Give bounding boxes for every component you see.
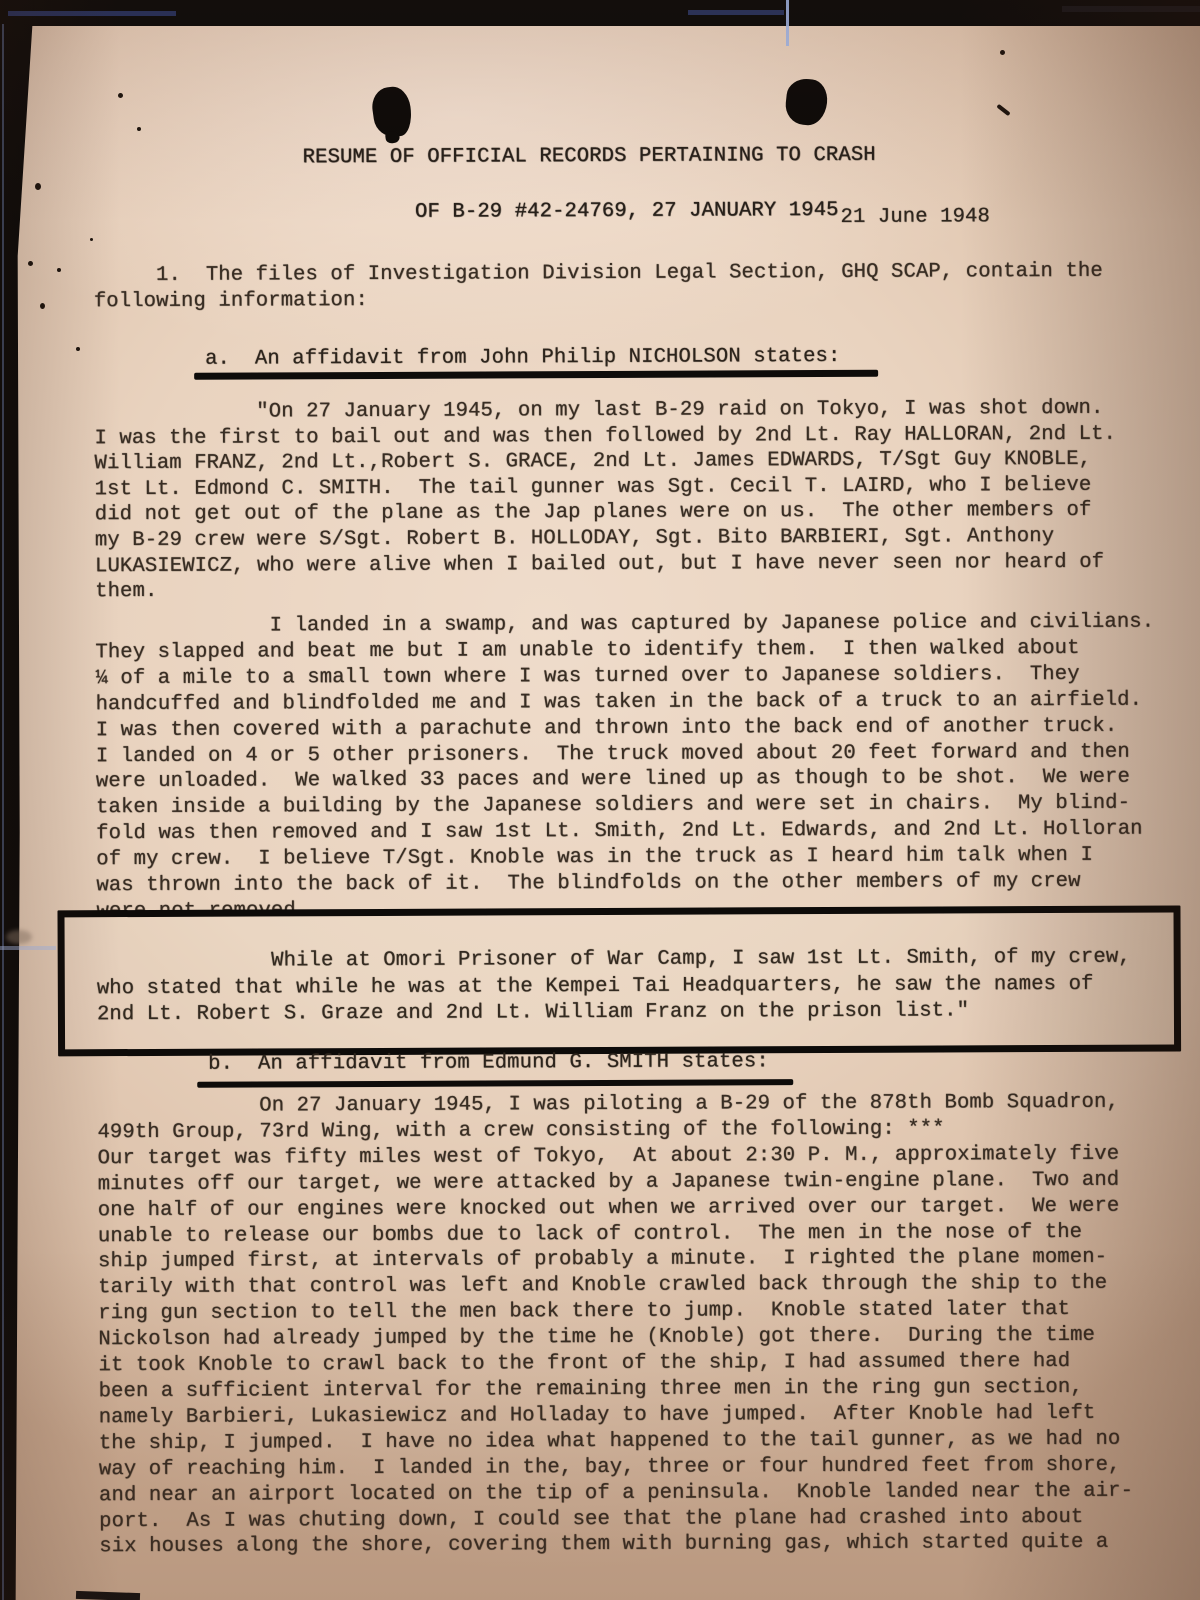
title-line-1: RESUME OF OFFICIAL RECORDS PERTAINING TO… bbox=[303, 144, 876, 170]
intro-paragraph: 1. The files of Investigation Division L… bbox=[94, 259, 1103, 315]
affidavit-b-paragraph-1: On 27 January 1945, I was piloting a B-2… bbox=[97, 1090, 1133, 1561]
section-b-heading: b. An affidavit from Edmund G. SMITH sta… bbox=[208, 1049, 769, 1077]
title-line-2: OF B-29 #42-24769, 27 JANUARY 1945 bbox=[415, 199, 839, 224]
document-title: RESUME OF OFFICIAL RECORDS PERTAINING TO… bbox=[293, 142, 885, 227]
section-a-heading: a. An affidavit from John Philip NICHOLS… bbox=[205, 344, 840, 372]
document-text-layer: RESUME OF OFFICIAL RECORDS PERTAINING TO… bbox=[0, 0, 1200, 1600]
affidavit-a-boxed-paragraph: While at Omori Prisoner of War Camp, I s… bbox=[97, 945, 1131, 1029]
affidavit-a-paragraph-2: I landed in a swamp, and was captured by… bbox=[95, 610, 1155, 925]
affidavit-a-paragraph-1: "On 27 January 1945, on my last B-29 rai… bbox=[94, 396, 1116, 605]
scanned-document-page: RESUME OF OFFICIAL RECORDS PERTAINING TO… bbox=[0, 0, 1200, 1600]
section-b-underline bbox=[197, 1079, 793, 1088]
document-date: 21 June 1948 bbox=[840, 204, 990, 230]
